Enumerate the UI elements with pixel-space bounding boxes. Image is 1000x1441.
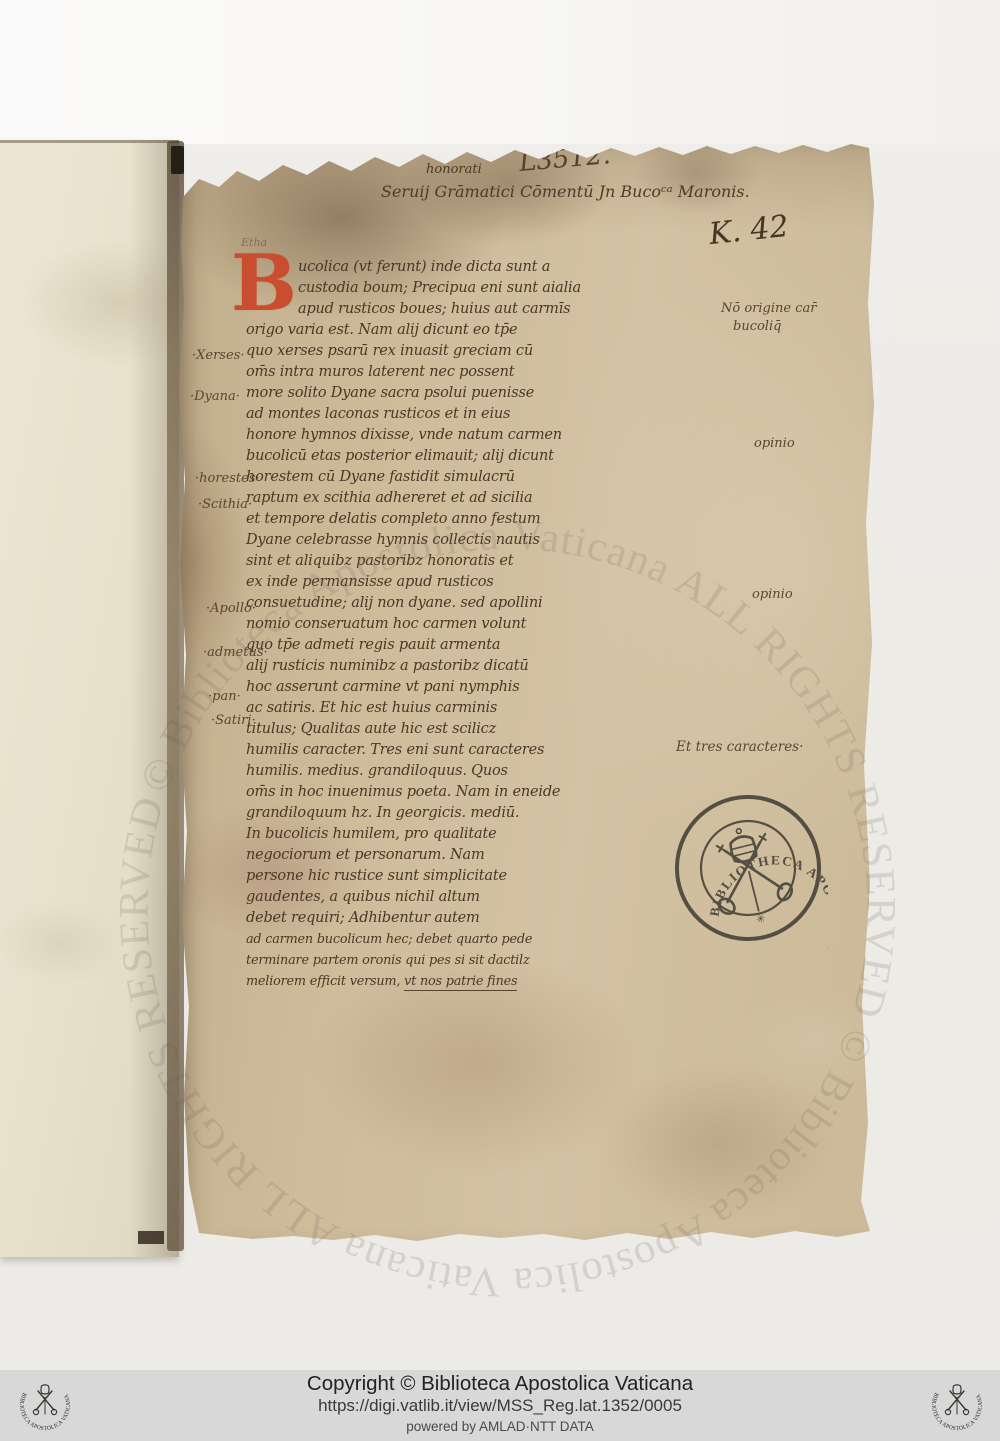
margin-note-horestes: ·horestes·: [195, 471, 260, 486]
text-line: ucolica (vt ferunt) inde dicta sunt a: [246, 257, 706, 278]
footer-copyright: Copyright © Biblioteca Apostolica Vatica…: [0, 1372, 1000, 1396]
text-line: quo tp̄e admeti regis pauit armenta: [246, 635, 706, 656]
text-line: nomio conseruatum hoc carmen volunt: [246, 614, 706, 635]
margin-note-apollo: ·Apollo·: [206, 601, 256, 616]
text-line: ac satiris. Et hic est huius carminis: [246, 698, 706, 719]
final-line-underlined: vt nos patrie fines: [404, 974, 517, 991]
text-line: more solito Dyane sacra psolui puenisse: [246, 383, 706, 404]
margin-note-dyana: ·Dyana·: [190, 389, 240, 404]
text-line: sint et aliquibz pastoribz honoratis et: [246, 551, 706, 572]
facing-blank-page: [0, 140, 179, 1257]
footer-bar: Copyright © Biblioteca Apostolica Vatica…: [0, 1370, 1000, 1441]
digitized-manuscript-scan: honorati L3512. Seruij Grāmatici Cōmentū…: [0, 0, 1000, 1441]
text-line: terminare partem oronis qui pes si sit d…: [246, 950, 706, 971]
shelfmark-k: K. 42: [707, 209, 790, 252]
text-line: persone hic rustice sunt simplicitate: [246, 866, 706, 887]
margin-note-satiri: ·Satiri·: [211, 713, 256, 728]
book-gutter: [167, 141, 184, 1251]
old-shelfmark: L3512.: [518, 140, 612, 178]
text-line: titulus; Qualitas aute hic est scilicz: [246, 719, 706, 740]
stamp-ornament: ✳: [755, 912, 767, 926]
binding-notch-top: [171, 146, 184, 174]
margin-note-origine-2: bucoliq̄: [733, 319, 781, 334]
margin-note-opinio-1: opinio: [754, 436, 795, 451]
header-inscription: honorati: [426, 162, 482, 177]
text-line: Dyane celebrasse hymnis collectis nautis: [246, 530, 706, 551]
margin-note-admetus: ·admetus·: [203, 645, 268, 660]
text-line: ex inde permansisse apud rusticos: [246, 572, 706, 593]
text-line: humilis. medius. grandiloquus. Quos: [246, 761, 706, 782]
text-line: negociorum et personarum. Nam: [246, 845, 706, 866]
text-line: humilis caracter. Tres eni sunt caracter…: [246, 740, 706, 761]
text-line: origo varia est. Nam alij dicunt eo tp̄e: [246, 320, 706, 341]
text-line: honore hymnos dixisse, vnde natum carmen: [246, 425, 706, 446]
text-line: om̄s intra muros laterent nec possent: [246, 362, 706, 383]
text-line: ad montes laconas rusticos et in eius: [246, 404, 706, 425]
footer-logo-left: BIBLIOTECA APOSTOLICA VATICANA: [14, 1374, 76, 1436]
text-line: custodia boum; Precipua eni sunt aialia: [246, 278, 706, 299]
text-line: hoc asserunt carmine vt pani nymphis: [246, 677, 706, 698]
text-line: grandiloquum hz. In georgicis. mediū.: [246, 803, 706, 824]
footer-logo-right: BIBLIOTECA APOSTOLICA VATICANA: [926, 1374, 988, 1436]
manuscript-leaf: honorati L3512. Seruij Grāmatici Cōmentū…: [177, 143, 877, 1247]
footer-logo-right-emblem: [945, 1385, 968, 1415]
margin-note-scithia: ·Scithia·: [198, 497, 252, 512]
text-line: apud rusticos boues; huius aut carmīs: [246, 299, 706, 320]
scan-background-top: [0, 0, 1000, 144]
text-line: bucolicū etas posterior elimauit; alij d…: [246, 446, 706, 467]
text-line: raptum ex scithia adhereret et ad sicili…: [246, 488, 706, 509]
footer-logo-left-emblem: [33, 1385, 56, 1415]
margin-note-opinio-2: opinio: [752, 587, 793, 602]
margin-note-tres-caracteres: Et tres caracteres·: [676, 739, 803, 755]
margin-note-xerses: ·Xerses·: [192, 348, 244, 363]
text-line: gaudentes, a quibus nichil altum: [246, 887, 706, 908]
main-text-block: ucolica (vt ferunt) inde dicta sunt a cu…: [246, 257, 706, 992]
text-line: om̄s in hoc inuenimus poeta. Nam in enei…: [246, 782, 706, 803]
text-line: alij rusticis numinibz a pastoribz dicat…: [246, 656, 706, 677]
binding-notch-bottom: [138, 1231, 164, 1244]
margin-note-pan: ·pan·: [208, 689, 241, 704]
text-line: ad carmen bucolicum hec; debet quarto pe…: [246, 929, 706, 950]
text-line: consuetudine; alij non dyane. sed apolli…: [246, 593, 706, 614]
text-line: horestem cū Dyane fastidit simulacrū: [246, 467, 706, 488]
manuscript-title: Seruij Grāmatici Cōmentū Jn Bucoᶜᵃ Maron…: [381, 182, 750, 201]
final-line-plain: meliorem efficit versum,: [246, 974, 404, 989]
footer-url: https://digi.vatlib.it/view/MSS_Reg.lat.…: [0, 1396, 1000, 1416]
text-line: In bucolicis humilem, pro qualitate: [246, 824, 706, 845]
margin-note-origine-1: Nō origine car̄: [721, 301, 816, 316]
text-line: et tempore delatis completo anno festum: [246, 509, 706, 530]
vatican-library-stamp: BIBLIOTHECA APOSTOLICA VATICANA ✳: [668, 788, 828, 948]
text-line: debet requiri; Adhibentur autem: [246, 908, 706, 929]
text-line-final: meliorem efficit versum, vt nos patrie f…: [246, 971, 706, 992]
text-line: quo xerses psarū rex inuasit greciam cū: [246, 341, 706, 362]
footer-powered-by: powered by AMLAD·NTT DATA: [0, 1419, 1000, 1434]
